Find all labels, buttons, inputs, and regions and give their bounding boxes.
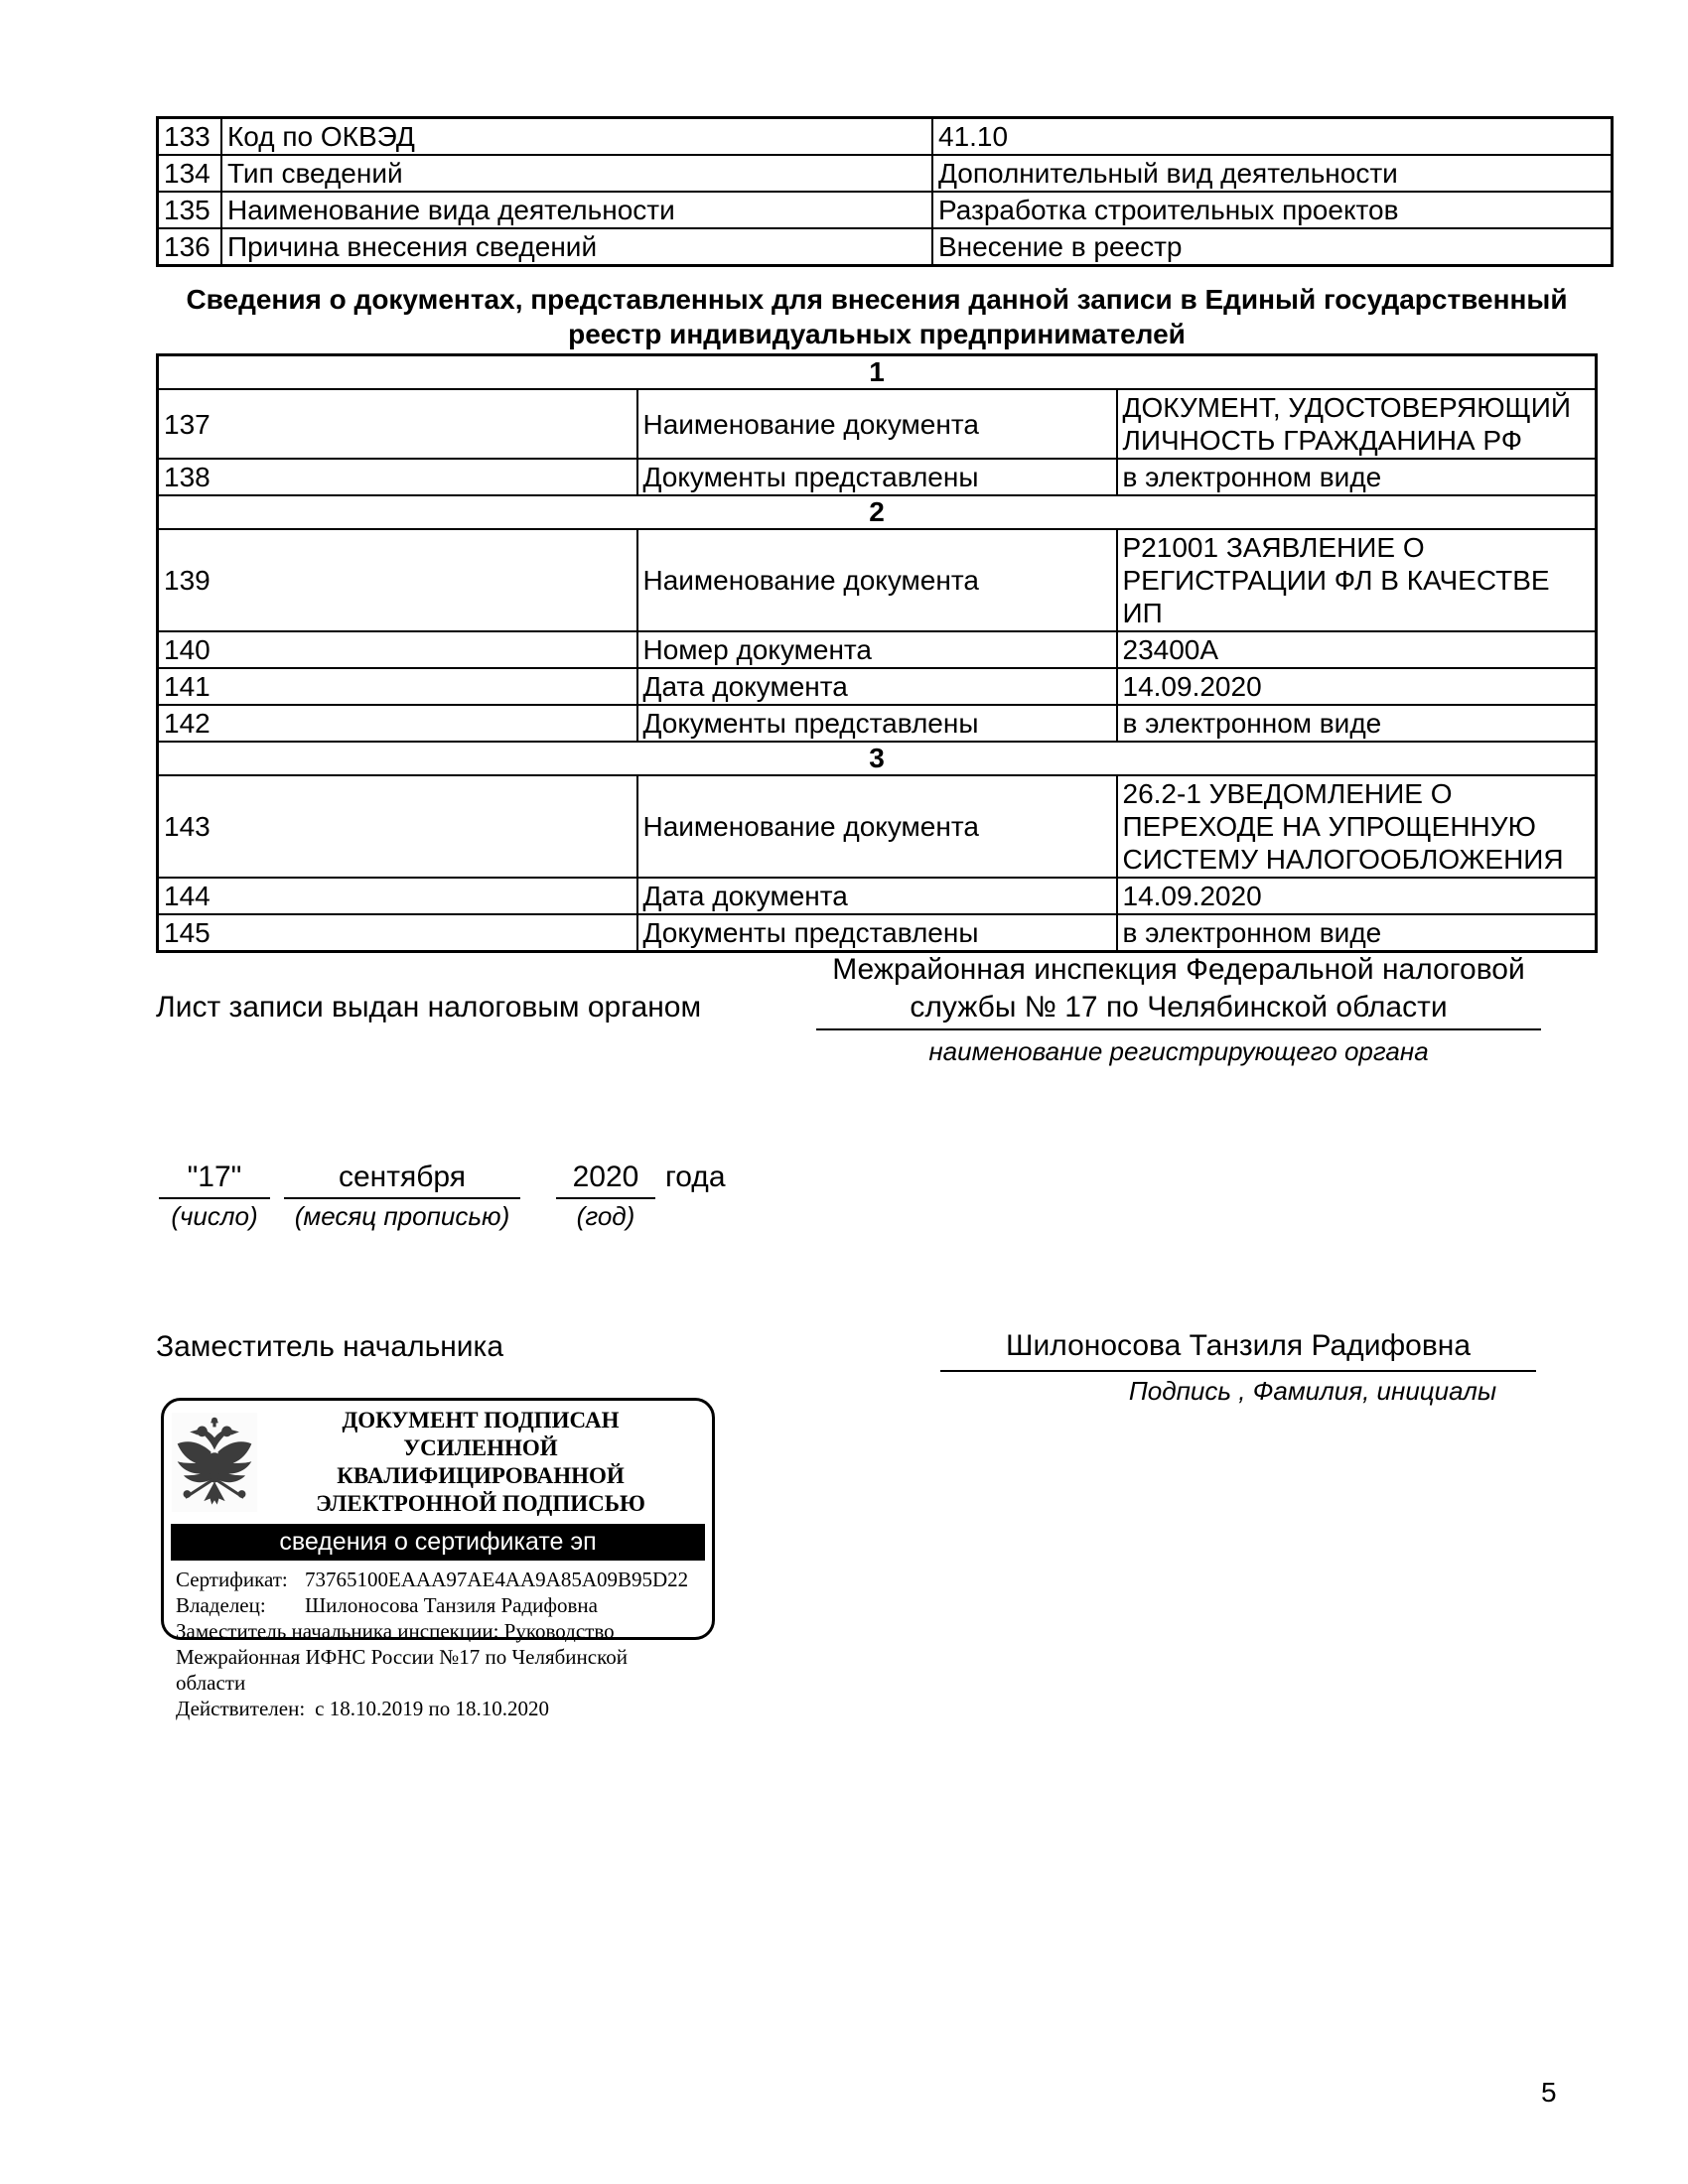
date-day-field: "17" (число)	[159, 1158, 270, 1232]
double-headed-eagle-icon	[172, 1413, 257, 1512]
row-number: 137	[158, 389, 637, 459]
signature-caption: Подпись , Фамилия, инициалы	[940, 1376, 1536, 1407]
table-row: 145Документы представленыв электронном в…	[158, 914, 1597, 952]
signer-name: Шилоносова Танзиля Радифовна	[940, 1326, 1536, 1372]
row-label: Наименование вида деятельности	[221, 192, 932, 228]
stamp-details: Сертификат: 73765100EAAA97AE4AA9A85A09B9…	[164, 1561, 712, 1721]
issuance-block: Лист записи выдан налоговым органом Межр…	[156, 951, 1598, 1067]
validity-value: с 18.10.2019 по 18.10.2020	[315, 1696, 549, 1721]
row-label: Документы представлены	[637, 705, 1117, 742]
date-day-caption: (число)	[159, 1201, 270, 1232]
group-number: 1	[158, 355, 1597, 390]
page-number: 5	[1541, 2077, 1557, 2109]
table-row: 138Документы представленыв электронном в…	[158, 459, 1597, 495]
row-value: 14.09.2020	[1117, 668, 1597, 705]
table-row: 142Документы представленыв электронном в…	[158, 705, 1597, 742]
stamp-validity-line: Действителен: с 18.10.2019 по 18.10.2020	[176, 1696, 700, 1721]
issuance-label: Лист записи выдан налоговым органом	[156, 951, 811, 1067]
row-number: 134	[158, 155, 222, 192]
row-label: Наименование документа	[637, 389, 1117, 459]
okved-table-body: 133Код по ОКВЭД41.10134Тип сведенийДопол…	[158, 118, 1613, 266]
owner-value: Шилоносова Танзиля Радифовна	[305, 1592, 598, 1618]
row-number: 142	[158, 705, 637, 742]
stamp-title-line2: УСИЛЕННОЙ КВАЛИФИЦИРОВАННОЙ	[257, 1434, 704, 1490]
date-year-suffix: года	[665, 1158, 726, 1197]
row-value: в электронном виде	[1117, 705, 1597, 742]
registering-authority-caption: наименование регистрирующего органа	[816, 1036, 1541, 1067]
table-row: 135Наименование вида деятельностиРазрабо…	[158, 192, 1613, 228]
date-year-field: 2020 (год)	[556, 1158, 655, 1232]
date-day-value: "17"	[159, 1158, 270, 1199]
group-header-row: 1	[158, 355, 1597, 390]
row-label: Дата документа	[637, 878, 1117, 914]
stamp-org-line: Межрайонная ИФНС России №17 по Челябинск…	[176, 1644, 700, 1696]
table-row: 141Дата документа14.09.2020	[158, 668, 1597, 705]
group-header-row: 3	[158, 742, 1597, 775]
validity-label: Действителен:	[176, 1696, 305, 1721]
certificate-label: Сертификат:	[176, 1567, 305, 1592]
table-row: 144Дата документа14.09.2020	[158, 878, 1597, 914]
registering-authority-name: Межрайонная инспекция Федеральной налого…	[816, 951, 1541, 1030]
row-label: Дата документа	[637, 668, 1117, 705]
table-row: 139Наименование документаР21001 ЗАЯВЛЕНИ…	[158, 529, 1597, 631]
table-row: 136Причина внесения сведенийВнесение в р…	[158, 228, 1613, 266]
row-number: 138	[158, 459, 637, 495]
row-value: в электронном виде	[1117, 914, 1597, 952]
row-value: Разработка строительных проектов	[932, 192, 1613, 228]
documents-table: 1137Наименование документаДОКУМЕНТ, УДОС…	[156, 353, 1598, 953]
okved-table: 133Код по ОКВЭД41.10134Тип сведенийДопол…	[156, 116, 1614, 267]
group-header-row: 2	[158, 495, 1597, 529]
row-value: 41.10	[932, 118, 1613, 156]
documents-table-body: 1137Наименование документаДОКУМЕНТ, УДОС…	[158, 355, 1597, 952]
row-number: 135	[158, 192, 222, 228]
table-row: 133Код по ОКВЭД41.10	[158, 118, 1613, 156]
group-number: 3	[158, 742, 1597, 775]
signer-name-block: Шилоносова Танзиля Радифовна Подпись , Ф…	[940, 1326, 1536, 1407]
row-number: 143	[158, 775, 637, 878]
date-month-caption: (месяц прописью)	[284, 1201, 520, 1232]
table-row: 137Наименование документаДОКУМЕНТ, УДОСТ…	[158, 389, 1597, 459]
row-number: 133	[158, 118, 222, 156]
row-number: 141	[158, 668, 637, 705]
documents-section-heading: Сведения о документах, представленных дл…	[172, 282, 1582, 351]
row-label: Причина внесения сведений	[221, 228, 932, 266]
stamp-owner-line: Владелец: Шилоносова Танзиля Радифовна	[176, 1592, 700, 1618]
row-number: 140	[158, 631, 637, 668]
stamp-title-line3: ЭЛЕКТРОННОЙ ПОДПИСЬЮ	[257, 1490, 704, 1518]
row-label: Документы представлены	[637, 459, 1117, 495]
row-value: 26.2-1 УВЕДОМЛЕНИЕ О ПЕРЕХОДЕ НА УПРОЩЕН…	[1117, 775, 1597, 878]
date-month-value: сентября	[284, 1158, 520, 1199]
row-label: Тип сведений	[221, 155, 932, 192]
issue-date-block: "17" (число) сентября (месяц прописью) 2…	[159, 1158, 726, 1232]
row-value: 14.09.2020	[1117, 878, 1597, 914]
row-label: Код по ОКВЭД	[221, 118, 932, 156]
stamp-title-line1: ДОКУМЕНТ ПОДПИСАН	[257, 1407, 704, 1434]
stamp-role-line: Заместитель начальника инспекции: Руково…	[176, 1618, 700, 1644]
row-number: 144	[158, 878, 637, 914]
row-label: Наименование документа	[637, 775, 1117, 878]
row-number: 139	[158, 529, 637, 631]
stamp-certificate-bar: сведения о сертификате эп	[171, 1524, 705, 1561]
stamp-certificate-line: Сертификат: 73765100EAAA97AE4AA9A85A09B9…	[176, 1567, 700, 1592]
stamp-header: ДОКУМЕНТ ПОДПИСАН УСИЛЕННОЙ КВАЛИФИЦИРОВ…	[164, 1401, 712, 1522]
stamp-title: ДОКУМЕНТ ПОДПИСАН УСИЛЕННОЙ КВАЛИФИЦИРОВ…	[257, 1407, 704, 1518]
table-row: 134Тип сведенийДополнительный вид деятел…	[158, 155, 1613, 192]
row-value: 23400A	[1117, 631, 1597, 668]
row-value: Дополнительный вид деятельности	[932, 155, 1613, 192]
date-month-field: сентября (месяц прописью)	[284, 1158, 520, 1232]
row-number: 136	[158, 228, 222, 266]
table-row: 143Наименование документа26.2-1 УВЕДОМЛЕ…	[158, 775, 1597, 878]
date-year-caption: (год)	[556, 1201, 655, 1232]
owner-label: Владелец:	[176, 1592, 305, 1618]
group-number: 2	[158, 495, 1597, 529]
row-label: Номер документа	[637, 631, 1117, 668]
digital-signature-stamp: ДОКУМЕНТ ПОДПИСАН УСИЛЕННОЙ КВАЛИФИЦИРОВ…	[161, 1398, 715, 1640]
row-value: ДОКУМЕНТ, УДОСТОВЕРЯЮЩИЙ ЛИЧНОСТЬ ГРАЖДА…	[1117, 389, 1597, 459]
row-number: 145	[158, 914, 637, 952]
authority-block: Межрайонная инспекция Федеральной налого…	[816, 951, 1541, 1067]
date-year-value: 2020	[556, 1158, 655, 1199]
row-value: Р21001 ЗАЯВЛЕНИЕ О РЕГИСТРАЦИИ ФЛ В КАЧЕ…	[1117, 529, 1597, 631]
certificate-value: 73765100EAAA97AE4AA9A85A09B95D22	[305, 1567, 688, 1592]
row-label: Документы представлены	[637, 914, 1117, 952]
signer-position: Заместитель начальника	[156, 1330, 503, 1364]
row-value: Внесение в реестр	[932, 228, 1613, 266]
row-value: в электронном виде	[1117, 459, 1597, 495]
document-page: 133Код по ОКВЭД41.10134Тип сведенийДопол…	[0, 0, 1688, 2184]
table-row: 140Номер документа23400A	[158, 631, 1597, 668]
row-label: Наименование документа	[637, 529, 1117, 631]
